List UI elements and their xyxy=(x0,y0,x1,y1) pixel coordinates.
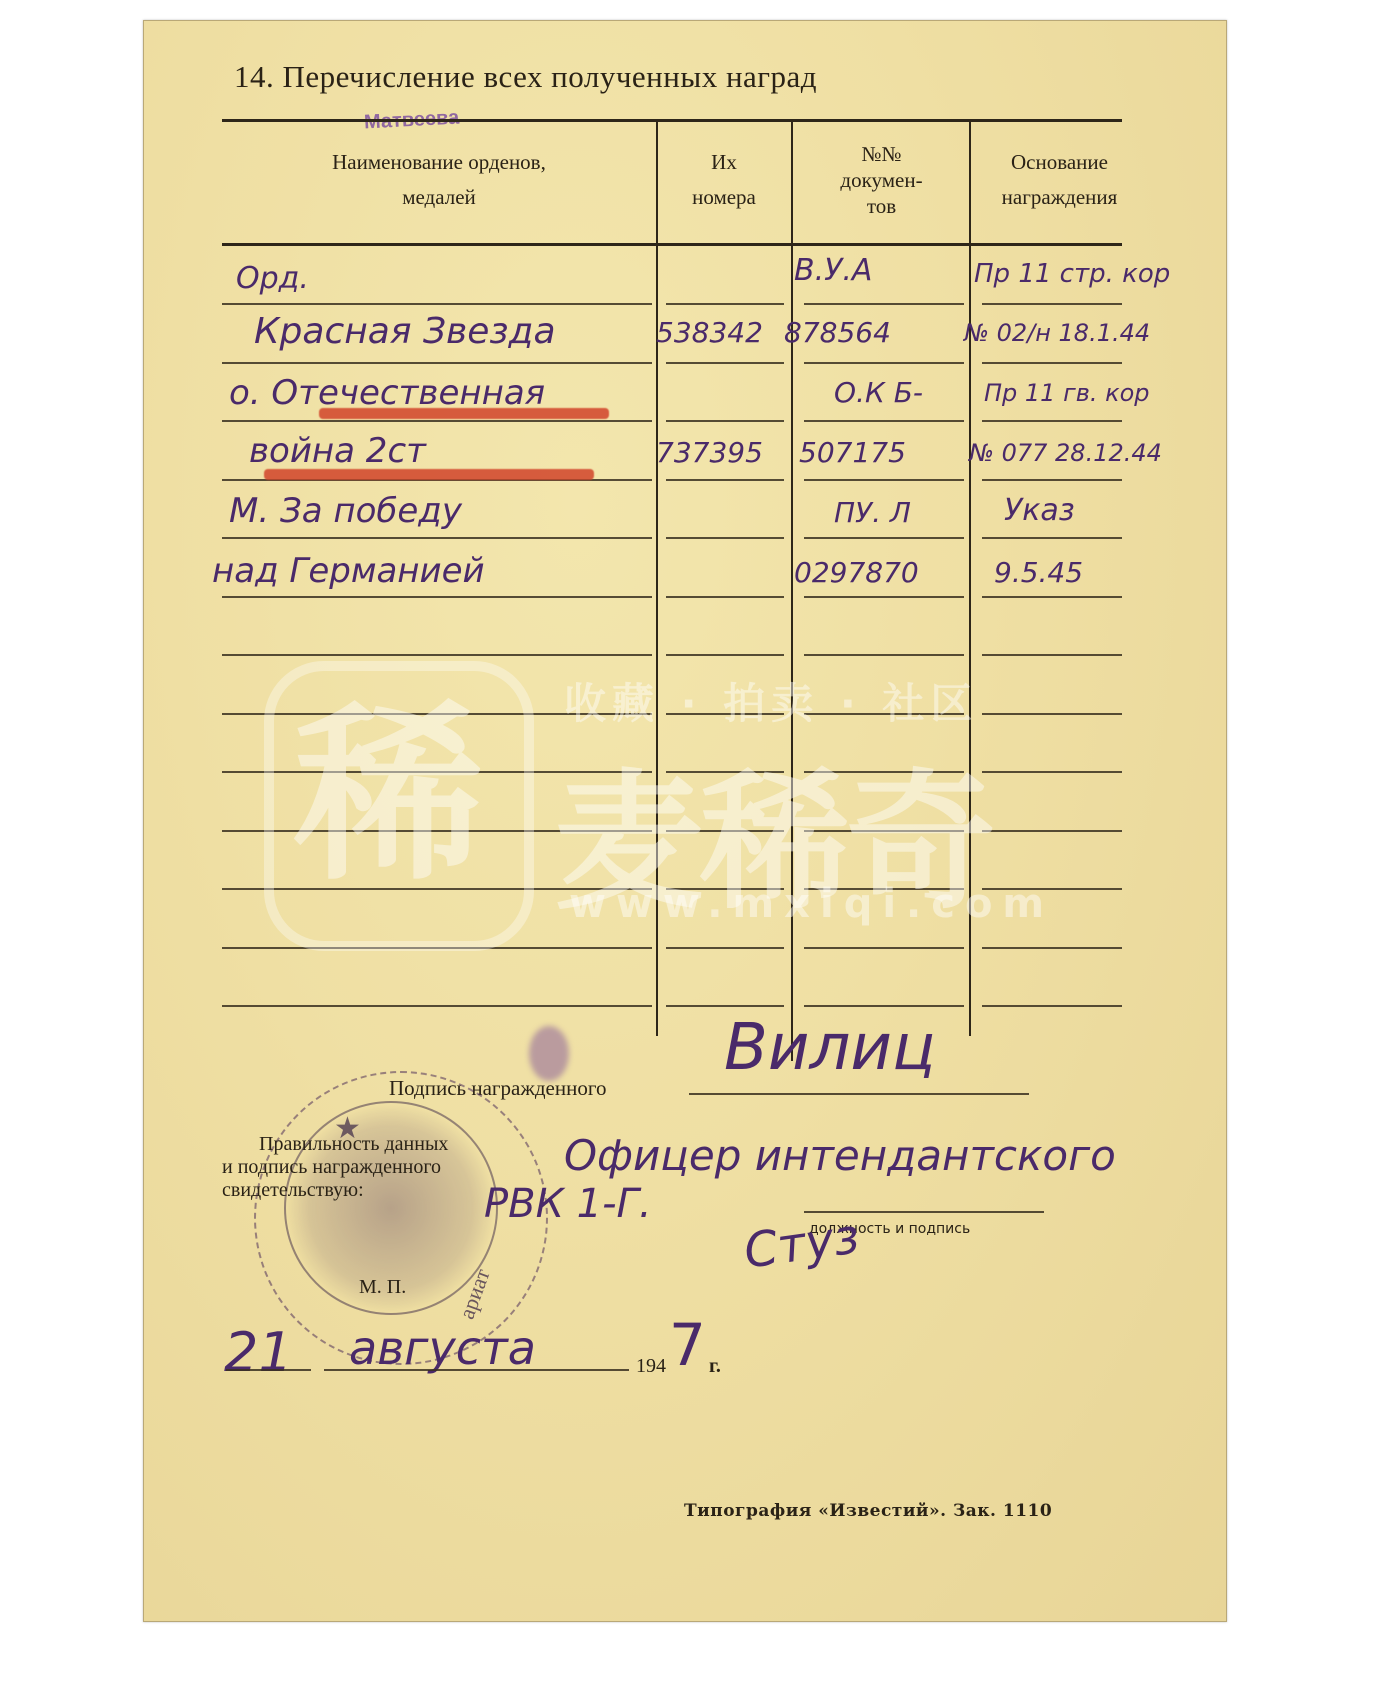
row-rule xyxy=(666,947,784,949)
date-month: августа xyxy=(349,1321,536,1375)
row-rule xyxy=(804,479,964,481)
row-rule xyxy=(666,479,784,481)
watermark-url: www.mxiqi.com xyxy=(569,881,1054,927)
row-rule xyxy=(982,947,1122,949)
certifier-signature: Стуз xyxy=(741,1208,863,1280)
row-rule xyxy=(666,303,784,305)
cell-number: 737395 xyxy=(656,436,763,469)
cell-basis: Пр 11 стр. кор xyxy=(974,259,1170,289)
row-rule xyxy=(666,537,784,539)
row-rule xyxy=(804,947,964,949)
cell-award-name: М. За победу xyxy=(229,491,462,531)
row-rule xyxy=(982,537,1122,539)
header-bottom-rule xyxy=(222,243,1122,246)
header-line: номера xyxy=(659,184,789,211)
row-rule xyxy=(666,420,784,422)
row-rule xyxy=(804,303,964,305)
header-line: №№ xyxy=(794,141,969,167)
header-line: тов xyxy=(794,193,969,219)
red-pencil-underline xyxy=(319,408,609,419)
header-award-name: Наименование орденов, медалей xyxy=(234,149,644,211)
row-rule xyxy=(666,596,784,598)
row-rule xyxy=(804,1005,964,1007)
cell-number: 538342 xyxy=(656,316,763,349)
row-rule xyxy=(982,654,1122,656)
cell-document: О.К Б- xyxy=(834,376,923,409)
row-rule xyxy=(982,771,1122,773)
header-award-basis: Основание награждения xyxy=(972,149,1147,211)
row-rule xyxy=(666,654,784,656)
cell-award-name: Красная Звезда xyxy=(254,311,556,352)
header-line: медалей xyxy=(234,184,644,211)
ink-blot xyxy=(529,1026,569,1081)
row-rule xyxy=(222,654,652,656)
header-award-number: Их номера xyxy=(659,149,789,211)
row-rule xyxy=(804,654,964,656)
cell-basis: 9.5.45 xyxy=(994,556,1083,589)
cell-document: 0297870 xyxy=(794,556,919,589)
row-rule xyxy=(222,1005,652,1007)
header-line: Основание xyxy=(972,149,1147,176)
row-rule xyxy=(666,1005,784,1007)
cell-document: ПУ. Л xyxy=(834,496,911,529)
cell-award-name: над Германией xyxy=(212,551,485,591)
row-rule xyxy=(222,537,652,539)
cell-document: В.У.А xyxy=(794,253,872,288)
cell-award-name: война 2ст xyxy=(249,431,426,471)
row-rule xyxy=(982,596,1122,598)
cell-basis: № 077 28.12.44 xyxy=(969,439,1162,467)
header-document-number: №№ докумен- тов xyxy=(794,141,969,219)
printer-imprint: Типография «Известий». Зак. 1110 xyxy=(684,1501,1052,1521)
row-rule xyxy=(982,713,1122,715)
table-top-rule xyxy=(222,119,1122,122)
certifier-position-handwriting: Офицер интендантского xyxy=(564,1131,1116,1180)
cell-document: 878564 xyxy=(784,316,891,349)
row-rule xyxy=(222,596,652,598)
date-year-digit: 7 xyxy=(669,1311,706,1379)
header-line: Наименование орденов, xyxy=(234,149,644,176)
row-rule xyxy=(982,479,1122,481)
row-rule xyxy=(804,420,964,422)
header-line: Их xyxy=(659,149,789,176)
date-year-suffix: г. xyxy=(709,1355,721,1378)
red-pencil-underline xyxy=(264,469,594,480)
row-rule xyxy=(982,830,1122,832)
section-title: 14. Перечисление всех полученных наград xyxy=(234,59,817,95)
certifier-office-handwriting: РВК 1-Г. xyxy=(484,1181,652,1227)
signature-line xyxy=(689,1093,1029,1095)
header-line: награждения xyxy=(972,184,1147,211)
row-rule xyxy=(982,420,1122,422)
row-rule xyxy=(982,303,1122,305)
row-rule xyxy=(222,362,652,364)
date-day: 21 xyxy=(224,1321,293,1384)
row-rule xyxy=(982,362,1122,364)
cell-basis: Пр 11 гв. кор xyxy=(984,379,1150,407)
cell-document: 507175 xyxy=(799,436,906,469)
date-year-prefix: 194 xyxy=(636,1355,666,1378)
certify-line-1: Правильность данных xyxy=(259,1133,448,1156)
watermark-logo: 稀 xyxy=(294,691,484,901)
row-rule xyxy=(804,537,964,539)
row-rule xyxy=(222,303,652,305)
cell-basis: № 02/н 18.1.44 xyxy=(964,319,1150,347)
date-day-line xyxy=(226,1369,311,1371)
cell-basis: Указ xyxy=(1004,493,1075,528)
row-rule xyxy=(982,1005,1122,1007)
row-rule xyxy=(222,420,652,422)
header-line: докумен- xyxy=(794,167,969,193)
row-rule xyxy=(804,596,964,598)
cell-award-name: о. Отечественная xyxy=(229,373,545,413)
certify-line-2: и подпись награжденного xyxy=(222,1156,441,1179)
award-record-page: 14. Перечисление всех полученных наград … xyxy=(143,20,1227,1622)
cell-award-name: Орд. xyxy=(236,261,309,296)
certify-line-3: свидетельствую: xyxy=(222,1179,364,1202)
recipient-signature: Вилиц xyxy=(724,1011,936,1085)
seal-place-label: М. П. xyxy=(359,1276,406,1299)
date-month-line xyxy=(324,1369,629,1371)
row-rule xyxy=(804,362,964,364)
row-rule xyxy=(666,362,784,364)
